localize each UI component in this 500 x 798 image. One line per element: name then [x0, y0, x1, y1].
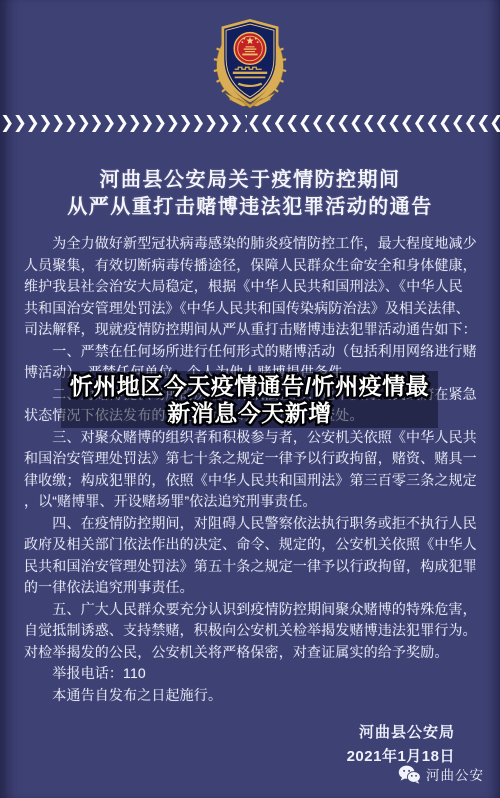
body-line: 为全力做好新型冠状病毒感染的肺炎疫情防控工作，最大程度地减少 [24, 233, 480, 255]
body-line: 五、广大人民群众要充分认识到疫情防控期间聚众赌博的特殊危害， [24, 599, 480, 621]
body-line: 三、对聚众赌博的组织者和积极参与者，公安机关依照《中华人民共 [24, 427, 480, 449]
signature-org: 河曲县公安局 [347, 721, 455, 745]
body-line: 四、在疫情防控期间，对阻碍人民警察依法执行职务或拒不执行人民 [24, 513, 480, 535]
police-emblem [203, 15, 297, 109]
body-line: 人员聚集，有效切断病毒传播途径，保障人民群众生命安全和身体健康， [24, 255, 480, 277]
chevrons-left-icon: ❮❮❮❮❮❮❮❮❮❮❮❮❮❮❮❮❮❮❮❮❮❮❮❮❮❮❮ [247, 109, 500, 137]
notice-title-line1: 河曲县公安局关于疫情防控期间 [0, 167, 500, 194]
headline-overlay: 忻州地区今天疫情通告/忻州疫情最 新消息今天新增 [61, 371, 438, 428]
body-line: 民共和国治安管理处罚法》第五十条之规定一律予以行政拘留，构成犯罪 [24, 556, 480, 578]
wechat-account-name: 河曲公安 [426, 764, 484, 784]
chevrons-right-icon: ❯❯❯❯❯❯❯❯❯❯❯❯❯❯❯❯❯❯❯❯❯❯❯❯❯❯ [0, 109, 247, 137]
body-line: 对检举揭发的公民，公安机关将严格保密，对查证属实的给予奖励。 [24, 642, 480, 664]
body-line: 和国治安管理处罚法》第七十条之规定一律予以行政拘留，赌资、赌具一 [24, 448, 480, 470]
police-badge-icon [203, 15, 297, 109]
body-line: 举报电话：110 [24, 663, 480, 685]
wechat-icon [398, 765, 421, 784]
body-line: 自觉抵制诱惑、支持禁赌，积极向公安机关检举揭发赌博违法犯罪行为。 [24, 620, 480, 642]
headline-line2: 新消息今天新增 [61, 400, 438, 427]
notice-body: 为全力做好新型冠状病毒感染的肺炎疫情防控工作，最大程度地减少人员聚集，有效切断病… [24, 233, 480, 706]
body-line: 政府及相关部门依法作出的决定、命令、规定的，公安机关依照《中华人 [24, 534, 480, 556]
notice-poster: ❯❯❯❯❯❯❯❯❯❯❯❯❯❯❯❯❯❯❯❯❯❯❯❯❯❯ ❮❮❮❮❮❮❮❮❮❮❮❮❮… [0, 0, 500, 798]
body-line: 律收缴；构成犯罪的，依照《中华人民共和国刑法》第三百零三条之规定 [24, 470, 480, 492]
body-line: 本通告自发布之日起施行。 [24, 685, 480, 707]
chevron-band: ❯❯❯❯❯❯❯❯❯❯❯❯❯❯❯❯❯❯❯❯❯❯❯❯❯❯ ❮❮❮❮❮❮❮❮❮❮❮❮❮… [0, 109, 500, 137]
notice-title-line2: 从严从重打击赌博违法犯罪活动的通告 [0, 194, 500, 221]
body-line: 维护我县社会治安大局稳定，根据《中华人民共和国刑法》、《中华人民 [24, 276, 480, 298]
signature-block: 河曲县公安局 2021年1月18日 [347, 721, 455, 769]
headline-line1: 忻州地区今天疫情通告/忻州疫情最 [61, 373, 438, 400]
notice-title: 河曲县公安局关于疫情防控期间 从严从重打击赌博违法犯罪活动的通告 [0, 167, 500, 221]
wechat-account-row: 河曲公安 [398, 764, 484, 784]
body-line: 一、严禁在任何场所进行任何形式的赌博活动（包括利用网络进行赌 [24, 341, 480, 363]
body-line: 的一律依法追究刑事责任。 [24, 577, 480, 599]
body-line: 司法解释，现就疫情防控期间从严从重打击赌博违法犯罪活动通告如下： [24, 319, 480, 341]
body-line: ，以“赌博罪、开设赌场罪”依法追究刑事责任。 [24, 491, 480, 513]
body-line: 共和国治安管理处罚法》《中华人民共和国传染病防治法》及相关法律、 [24, 298, 480, 320]
